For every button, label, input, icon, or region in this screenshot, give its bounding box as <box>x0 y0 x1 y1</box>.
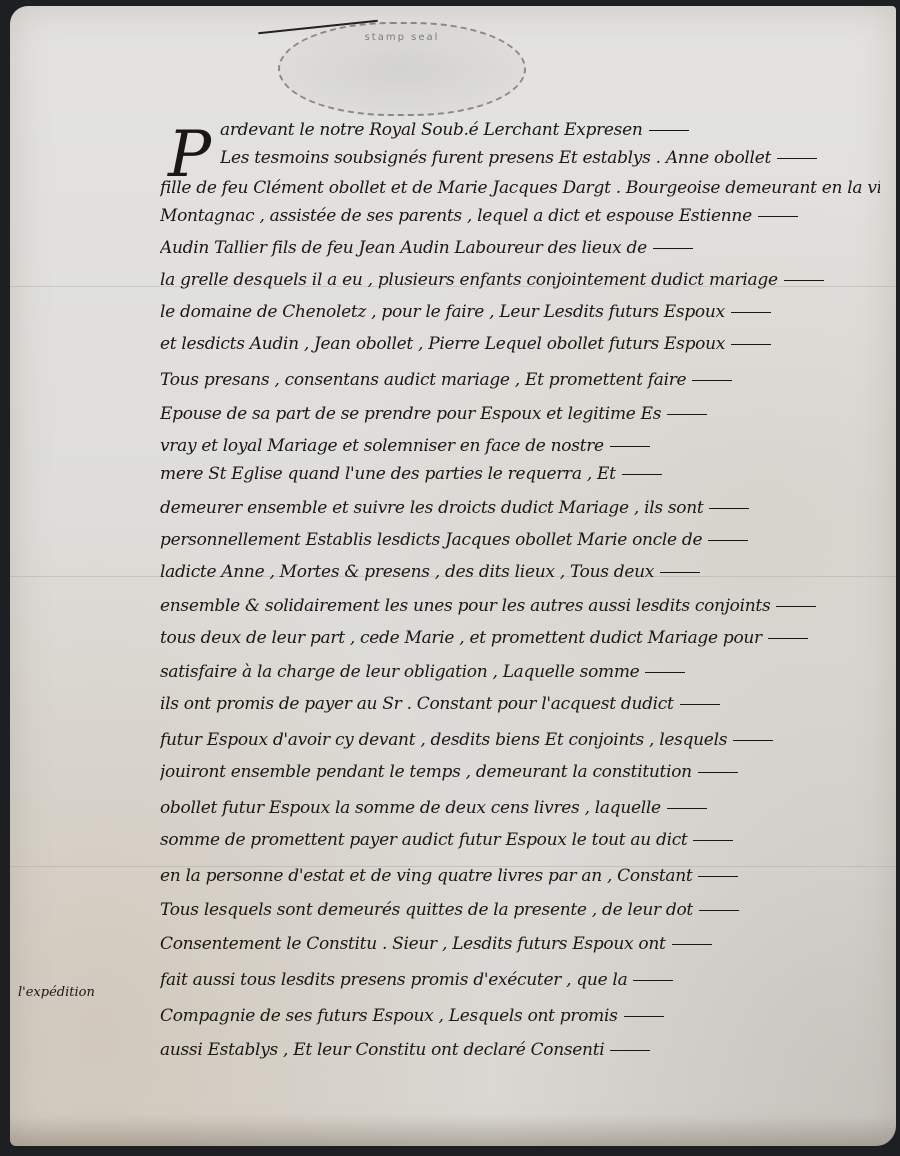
manuscript-line: ardevant le notre Royal Soub.é Lerchant … <box>220 120 880 140</box>
manuscript-line: ils ont promis de payer au Sr . Constant… <box>160 694 880 714</box>
manuscript-line: vray et loyal Mariage et solemniser en f… <box>160 436 880 456</box>
manuscript-line: fait aussi tous lesdits presens promis d… <box>160 970 880 990</box>
manuscript-line: en la personne d'estat et de ving quatre… <box>160 866 880 886</box>
manuscript-line: fille de feu Clément obollet et de Marie… <box>160 178 880 198</box>
manuscript-line: la grelle desquels il a eu , plusieurs e… <box>160 270 880 290</box>
manuscript-line: et lesdicts Audin , Jean obollet , Pierr… <box>160 334 880 354</box>
manuscript-line: personnellement Establis lesdicts Jacque… <box>160 530 880 550</box>
manuscript-line: ensemble & solidairement les unes pour l… <box>160 596 880 616</box>
manuscript-line: le domaine de Chenoletz , pour le faire … <box>160 302 880 322</box>
manuscript-line: Tous lesquels sont demeurés quittes de l… <box>160 900 880 920</box>
manuscript-line: Consentement le Constitu . Sieur , Lesdi… <box>160 934 880 954</box>
manuscript-line: futur Espoux d'avoir cy devant , desdits… <box>160 730 880 750</box>
manuscript-line: somme de promettent payer audict futur E… <box>160 830 880 850</box>
manuscript-line: mere St Eglise quand l'une des parties l… <box>160 464 880 484</box>
torn-bottom-edge <box>10 1116 896 1146</box>
stamp-seal: stamp seal <box>278 22 526 116</box>
margin-note: l'expédition <box>18 985 95 1000</box>
manuscript-line: ladicte Anne , Mortes & presens , des di… <box>160 562 880 582</box>
manuscript-line: satisfaire à la charge de leur obligatio… <box>160 662 880 682</box>
manuscript-line: Compagnie de ses futurs Espoux , Lesquel… <box>160 1006 880 1026</box>
manuscript-line: Les tesmoins soubsignés furent presens E… <box>220 148 880 168</box>
manuscript-line: Audin Tallier fils de feu Jean Audin Lab… <box>160 238 880 258</box>
manuscript-line: tous deux de leur part , cede Marie , et… <box>160 628 880 648</box>
manuscript-line: aussi Establys , Et leur Constitu ont de… <box>160 1040 880 1060</box>
manuscript-line: Montagnac , assistée de ses parents , le… <box>160 206 880 226</box>
manuscript-line: obollet futur Espoux la somme de deux ce… <box>160 798 880 818</box>
manuscript-line: jouiront ensemble pendant le temps , dem… <box>160 762 880 782</box>
manuscript-line: demeurer ensemble et suivre les droicts … <box>160 498 880 518</box>
manuscript-line: Tous presans , consentans audict mariage… <box>160 370 880 390</box>
manuscript-line: Epouse de sa part de se prendre pour Esp… <box>160 404 880 424</box>
seal-label: stamp seal <box>280 32 524 43</box>
